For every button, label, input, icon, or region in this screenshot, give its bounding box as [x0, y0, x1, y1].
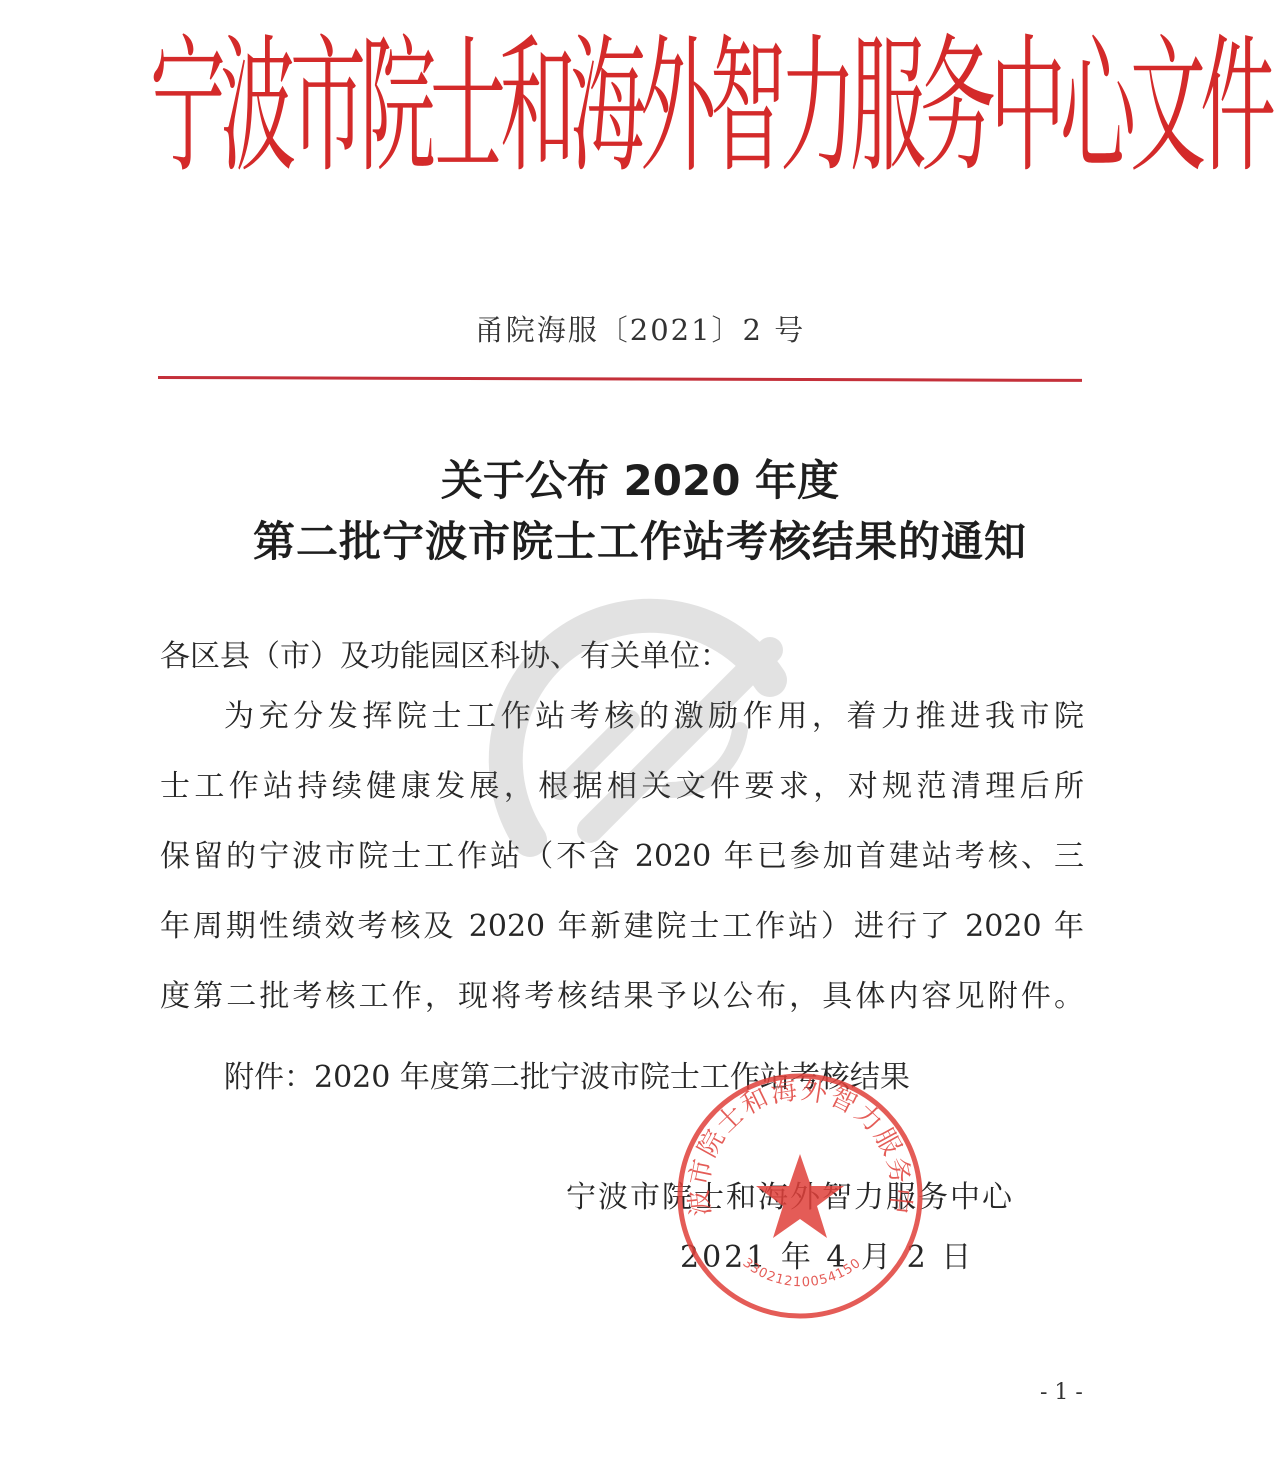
masthead-char: 市	[290, 33, 360, 181]
body-line: 士工作站持续健康发展，根据相关文件要求，对规范清理后所	[160, 772, 1084, 802]
document-page: 宁 波 市 院 士 和 海 外 智 力 服 务 中 心 文 件 甬院海服〔202…	[0, 0, 1280, 1484]
document-title-line-1: 关于公布 2020 年度	[0, 448, 1280, 508]
body-line: 年周期性绩效考核及 2020 年新建院士工作站）进行了 2020 年	[160, 912, 1084, 942]
body-line: 度第二批考核工作，现将考核结果予以公布，具体内容见附件。	[160, 982, 1084, 1012]
signature-organization: 宁波市院士和海外智力服务中心	[566, 1172, 1014, 1216]
masthead-char: 波	[220, 33, 290, 181]
masthead-char: 士	[430, 33, 500, 181]
document-title-line-2: 第二批宁波市院士工作站考核结果的通知	[0, 509, 1280, 569]
attachment-reference: 附件：2020 年度第二批宁波市院士工作站考核结果	[224, 1052, 910, 1096]
masthead-char: 服	[850, 33, 920, 181]
masthead-char: 宁	[150, 33, 220, 181]
signature-date: 2021 年 4 月 2 日	[680, 1232, 974, 1276]
masthead-char: 件	[1200, 33, 1270, 181]
body-line: 保留的宁波市院士工作站（不含 2020 年已参加首建站考核、三	[160, 842, 1084, 872]
masthead-char: 院	[360, 33, 430, 181]
masthead-char: 智	[710, 33, 780, 181]
document-masthead: 宁 波 市 院 士 和 海 外 智 力 服 务 中 心 文 件	[150, 0, 1130, 273]
body-line: 为充分发挥院士工作站考核的激励作用，着力推进我市院	[224, 702, 1084, 732]
masthead-char: 海	[570, 33, 640, 181]
masthead-char: 务	[920, 33, 990, 181]
page-number: - 1 -	[1040, 1380, 1083, 1405]
document-number: 甬院海服〔2021〕2 号	[0, 308, 1280, 349]
red-divider	[158, 376, 1082, 382]
masthead-char: 力	[780, 33, 850, 181]
masthead-char: 和	[500, 33, 570, 181]
masthead-char: 中	[990, 33, 1060, 181]
masthead-char: 外	[640, 33, 710, 181]
masthead-char: 心	[1060, 33, 1130, 181]
salutation: 各区县（市）及功能园区科协、有关单位：	[160, 642, 1084, 672]
masthead-char: 文	[1130, 33, 1200, 181]
